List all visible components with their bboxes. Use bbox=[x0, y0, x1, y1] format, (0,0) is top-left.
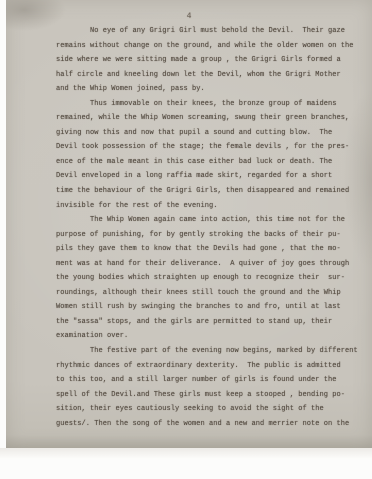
page-text: No eye of any Grigri Girl must behold th… bbox=[56, 24, 364, 431]
text-line: roundings, although their knees still to… bbox=[56, 286, 364, 301]
text-line: ence of the male meant in this case eith… bbox=[56, 155, 364, 170]
text-line: examination over. bbox=[56, 329, 364, 344]
text-line: guests/. Then the song of the women and … bbox=[56, 417, 364, 432]
text-line: Thus immovable on their knees, the bronz… bbox=[56, 97, 364, 112]
text-line: ment was at hand for their deliverance. … bbox=[56, 257, 364, 272]
text-line: side where we were sitting made a group … bbox=[56, 53, 364, 68]
text-line: sition, their eyes cautiously seeking to… bbox=[56, 402, 364, 417]
text-line: pils they gave them to know that the Dev… bbox=[56, 242, 364, 257]
text-line: remained, while the Whip Women screaming… bbox=[56, 111, 364, 126]
text-line: Devil took possession of the stage; the … bbox=[56, 140, 364, 155]
text-line: Devil enveloped in a long raffia made sk… bbox=[56, 169, 364, 184]
text-line: remains without change on the ground, an… bbox=[56, 39, 364, 54]
text-line: rhythmic dances of extraordinary dexteri… bbox=[56, 359, 364, 374]
text-line: The festive part of the evening now begi… bbox=[56, 344, 364, 359]
text-line: the "sassa" stops, and the girls are per… bbox=[56, 315, 364, 330]
page-bottom-margin bbox=[0, 448, 372, 479]
text-line: time the behaviour of the Grigri Girls, … bbox=[56, 184, 364, 199]
page-number: 4 bbox=[6, 0, 372, 21]
text-line: and the Whip Women joined, pass by. bbox=[56, 82, 364, 97]
text-line: the young bodies which straighten up eno… bbox=[56, 271, 364, 286]
text-line: purpose of punishing, for by gently stro… bbox=[56, 228, 364, 243]
text-line: Women still rush by swinging the branche… bbox=[56, 300, 364, 315]
text-line: No eye of any Grigri Girl must behold th… bbox=[56, 24, 364, 39]
text-line: half circle and kneeling down let the De… bbox=[56, 68, 364, 83]
text-line: to this too, and a still larger number o… bbox=[56, 373, 364, 388]
text-line: giving now this and now that pupil a sou… bbox=[56, 126, 364, 141]
text-line: invisible for the rest of the evening. bbox=[56, 199, 364, 214]
text-line: The Whip Women again came into action, t… bbox=[56, 213, 364, 228]
text-line: spell of the Devil.and These girls must … bbox=[56, 388, 364, 403]
scanned-page: 4 No eye of any Grigri Girl must behold … bbox=[6, 0, 372, 448]
